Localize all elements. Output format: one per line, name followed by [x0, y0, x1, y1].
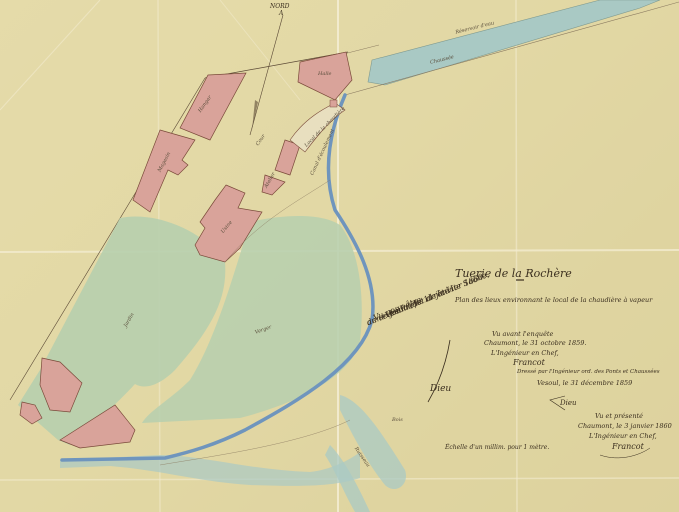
enquete-signature: Francot — [513, 359, 545, 367]
north-arrow-letter: A — [279, 11, 283, 17]
vu-line-2: Chaumont, le 3 janvier 1860 — [578, 423, 672, 430]
enquete-line-2: Chaumont, le 31 octobre 1859. — [484, 340, 586, 347]
map-subtitle: Plan des lieux environnant le local de l… — [455, 297, 652, 304]
dressed-line-2: Vesoul, le 31 décembre 1859 — [537, 380, 632, 387]
enquete-line-3: L'Ingénieur en Chef, — [491, 350, 559, 357]
label-bois: Bois — [392, 418, 403, 423]
prefect-signature: Dieu — [430, 385, 451, 394]
scale-note: Échelle d'un millim. pour 1 mètre. — [445, 445, 549, 451]
label-halle: Halle — [318, 72, 332, 77]
small-signature: Dieu — [560, 400, 577, 407]
enquete-line-1: Vu avant l'enquête — [492, 331, 553, 338]
vu-signature: Francot — [612, 443, 644, 451]
map-drawing — [0, 0, 679, 512]
dressed-line-1: Dressé par l'Ingénieur ord. des Ponts et… — [517, 370, 660, 376]
vu-line-3: L'Ingénieur en Chef, — [589, 433, 657, 440]
historical-site-plan: NORD A Réservoir d'eau Chaussée Cour Han… — [0, 0, 679, 512]
vu-line-1: Vu et présenté — [595, 413, 643, 420]
